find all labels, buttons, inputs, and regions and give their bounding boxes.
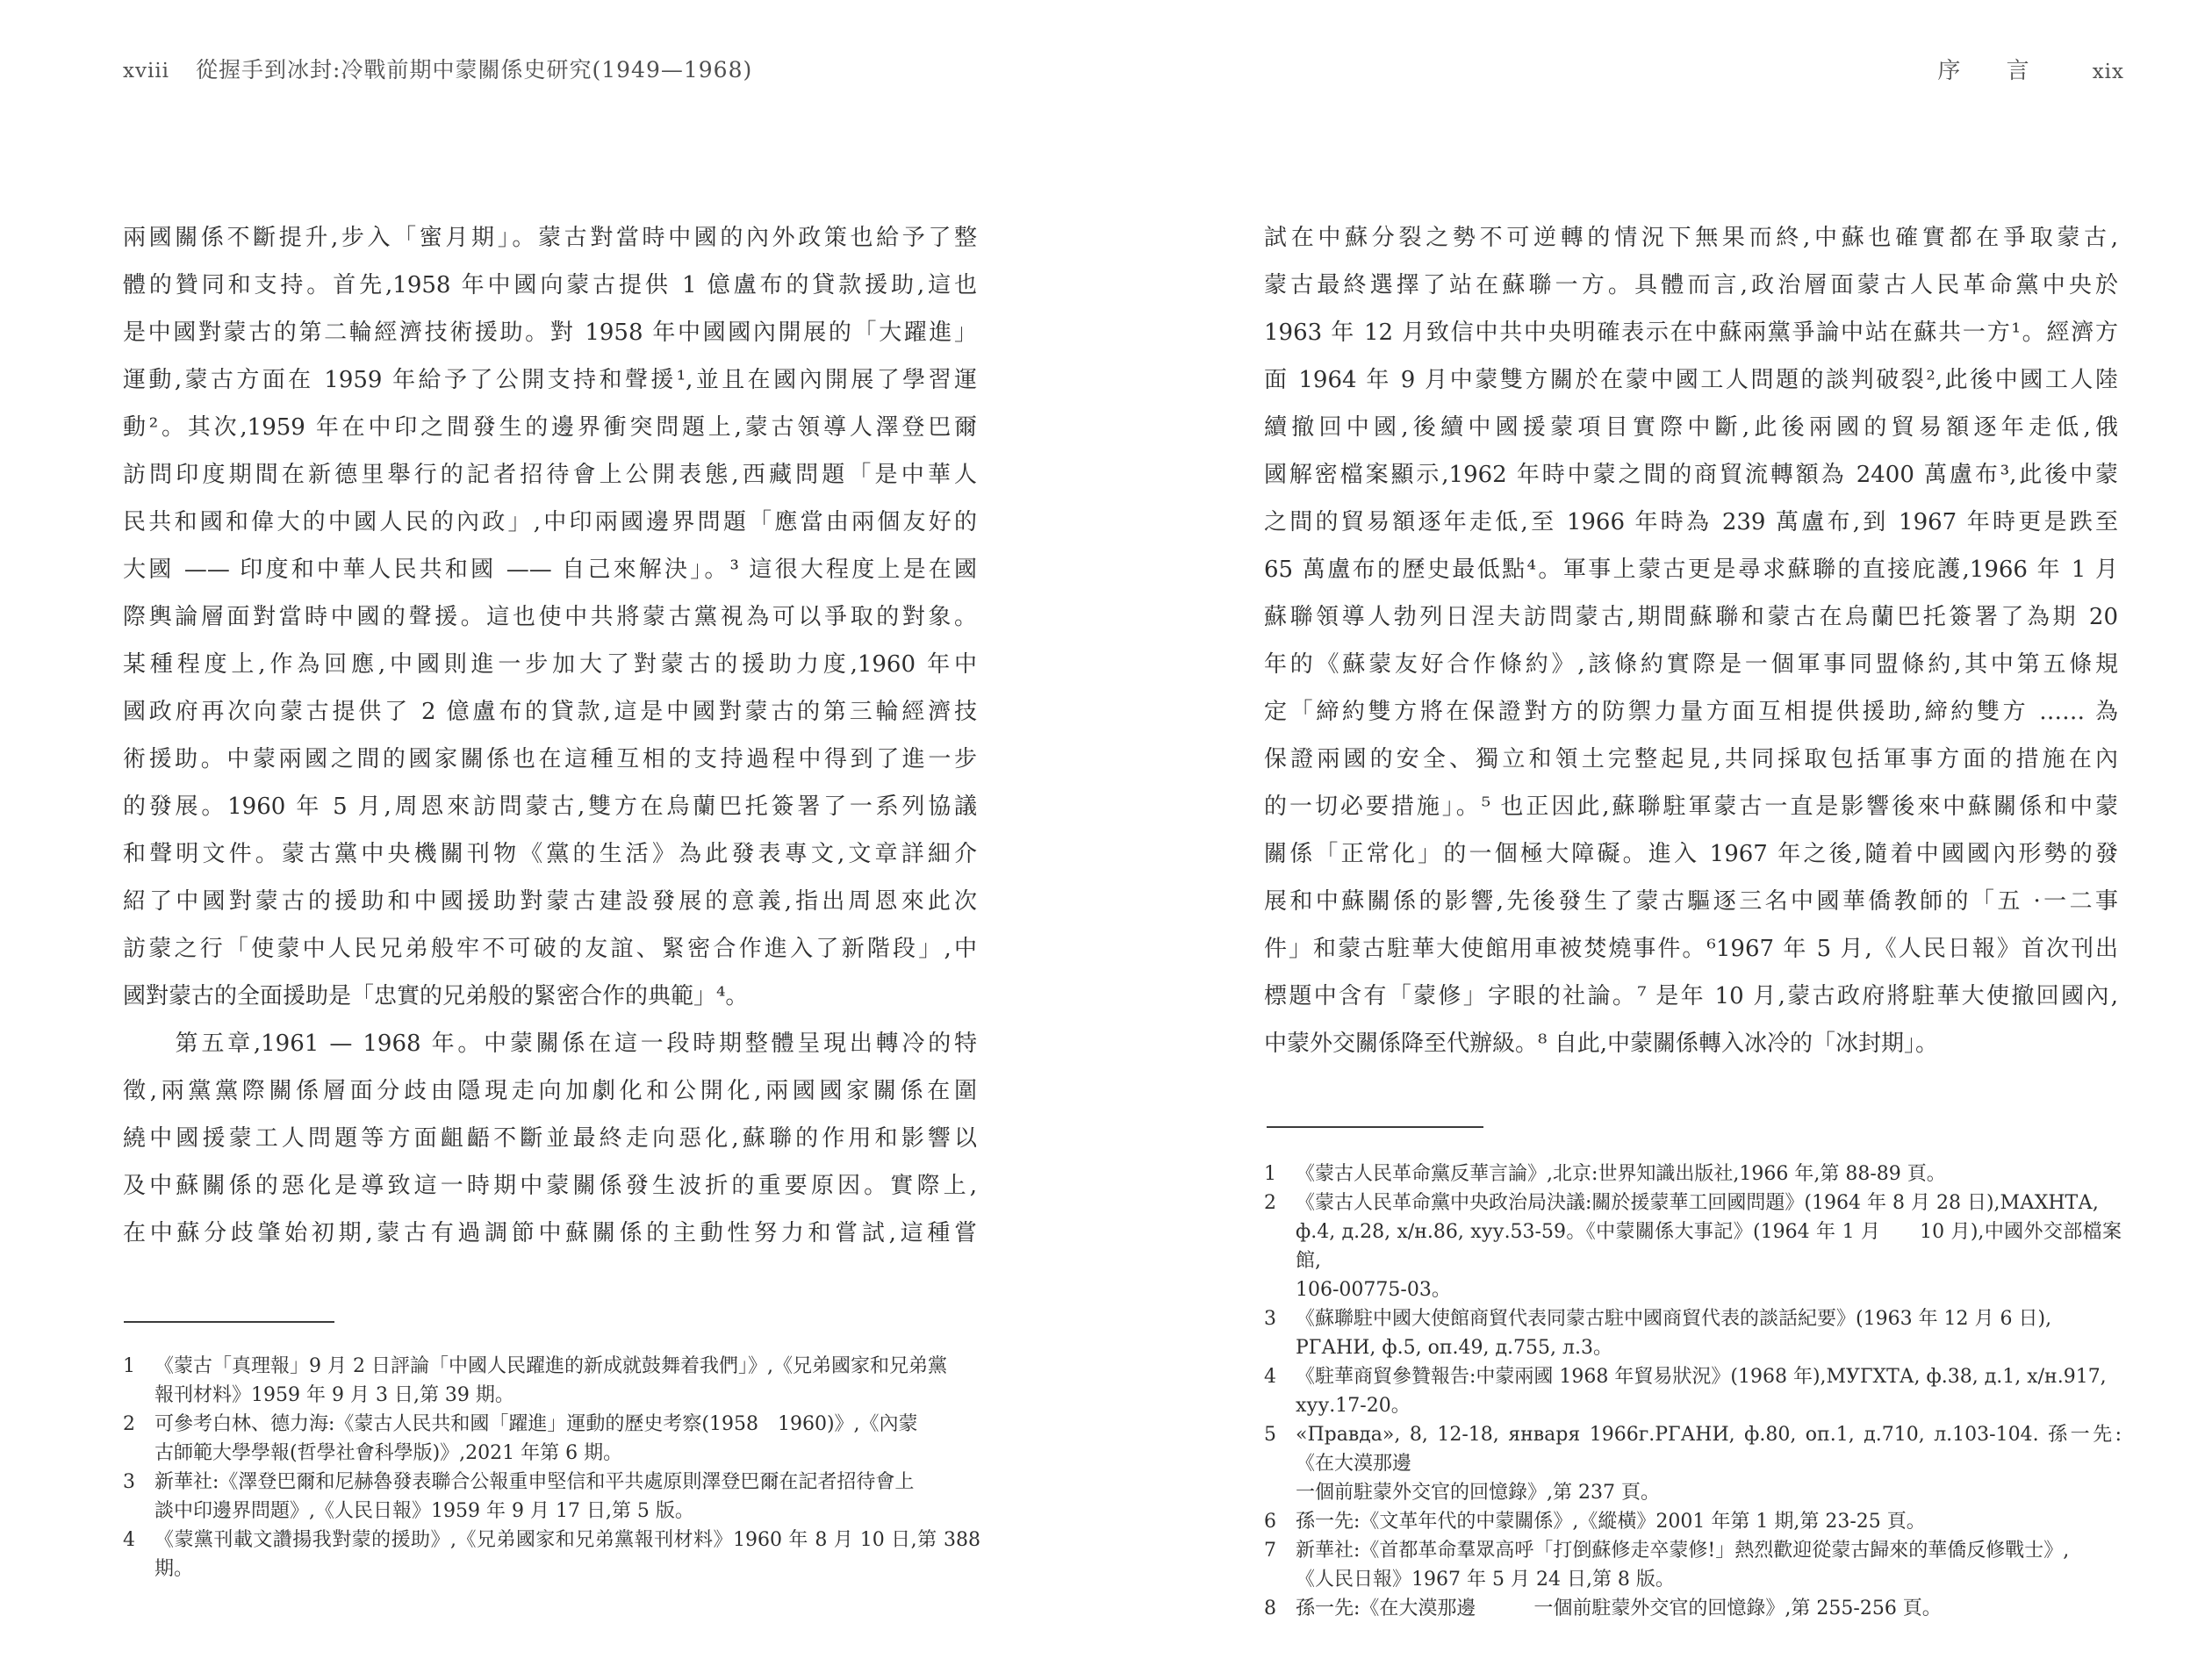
section-title: 序 言 — [1937, 53, 2048, 85]
footnote-line: 孫一先:《在大漠那邊 一個前駐蒙外交官的回憶錄》,第 255-256 頁。 — [1296, 1594, 2122, 1623]
footnote-text: 《蒙古「真理報」9 月 2 日評論「中國人民躍進的新成就鼓舞着我們」》,《兄弟國… — [154, 1352, 980, 1410]
body-line: 關係「正常化」的一個極大障礙。進入 1967 年之後,隨着中國國內形勢的發 — [1264, 830, 2118, 878]
footnote-number: 4 — [123, 1526, 154, 1584]
footnote-text: 新華社:《首都革命羣眾高呼「打倒蘇修走卒蒙修!」熱烈歡迎從蒙古歸來的華僑反修戰士… — [1296, 1536, 2122, 1594]
body-text-left: 兩國關係不斷提升,步入「蜜月期」。蒙古對當時中國的內外政策也給予了整體的贊同和支… — [123, 214, 977, 1257]
footnote: 1《蒙古「真理報」9 月 2 日評論「中國人民躍進的新成就鼓舞着我們」》,《兄弟… — [123, 1352, 980, 1410]
body-line: 運動,蒙古方面在 1959 年給予了公開支持和聲援¹,並且在國內開展了學習運 — [123, 356, 977, 404]
footnote-number: 7 — [1264, 1536, 1296, 1594]
running-header-left: xviii從握手到冰封:冷戰前期中蒙關係史研究(1949—1968) — [123, 53, 752, 84]
body-line: 際輿論層面對當時中國的聲援。這也使中共將蒙古黨視為可以爭取的對象。 — [123, 593, 977, 641]
footnote-text: 《蒙黨刊載文讚揚我對蒙的援助》,《兄弟國家和兄弟黨報刊材料》1960 年 8 月… — [154, 1526, 980, 1584]
footnote-number: 6 — [1264, 1507, 1296, 1536]
book-spread: xviii從握手到冰封:冷戰前期中蒙關係史研究(1949—1968) 序 言 x… — [0, 0, 2212, 1659]
running-header-right: 序 言 xix — [1937, 53, 2124, 85]
body-line: 徵,兩黨黨際關係層面分歧由隱現走向加劇化和公開化,兩國國家關係在圍 — [123, 1067, 977, 1115]
footnote-number: 1 — [123, 1352, 154, 1410]
footnote-line: 《蘇聯駐中國大使館商貿代表同蒙古駐中國商貿代表的談話紀要》(1963 年 12 … — [1296, 1304, 2122, 1333]
page-number-right: xix — [2093, 61, 2124, 83]
footnote-text: 《駐華商貿參贊報告:中蒙兩國 1968 年貿易狀況》(1968 年),МУГХТ… — [1296, 1362, 2122, 1420]
footnote: 4《蒙黨刊載文讚揚我對蒙的援助》,《兄弟國家和兄弟黨報刊材料》1960 年 8 … — [123, 1526, 980, 1584]
body-line: 件」和蒙古駐華大使館用車被焚燒事件。⁶1967 年 5 月,《人民日報》首次刊出 — [1264, 925, 2118, 973]
footnote-text: 可參考白林、德力海:《蒙古人民共和國「躍進」運動的歷史考察(1958 1960)… — [154, 1410, 980, 1468]
body-line: 訪蒙之行「使蒙中人民兄弟般牢不可破的友誼、緊密合作進入了新階段」,中 — [123, 925, 977, 973]
body-line: 大國 —— 印度和中華人民共和國 —— 自己來解決」。³ 這很大程度上是在國 — [123, 546, 977, 593]
footnote: 3新華社:《澤登巴爾和尼赫魯發表聯合公報重申堅信和平共處原則澤登巴爾在記者招待會… — [123, 1468, 980, 1526]
footnote-text: 孫一先:《文革年代的中蒙關係》,《縱橫》2001 年第 1 期,第 23-25 … — [1296, 1507, 2122, 1536]
footnote-line: ф.4, д.28, х/н.86, хуу.53-59。《中蒙關係大事記》(1… — [1296, 1217, 2122, 1275]
footnote: 4《駐華商貿參贊報告:中蒙兩國 1968 年貿易狀況》(1968 年),МУГХ… — [1264, 1362, 2122, 1420]
body-line: 保證兩國的安全、獨立和領土完整起見,共同採取包括軍事方面的措施在內 — [1264, 736, 2118, 783]
body-line: 蒙古最終選擇了站在蘇聯一方。具體而言,政治層面蒙古人民革命黨中央於 — [1264, 262, 2118, 309]
footnotes-left: 1《蒙古「真理報」9 月 2 日評論「中國人民躍進的新成就鼓舞着我們」》,《兄弟… — [123, 1352, 980, 1584]
footnote-line: хуу.17-20。 — [1296, 1391, 2122, 1420]
footnote-number: 4 — [1264, 1362, 1296, 1420]
body-line: 術援助。中蒙兩國之間的國家關係也在這種互相的支持過程中得到了進一步 — [123, 736, 977, 783]
body-line: 的發展。1960 年 5 月,周恩來訪問蒙古,雙方在烏蘭巴托簽署了一系列協議 — [123, 783, 977, 830]
running-title: 從握手到冰封:冷戰前期中蒙關係史研究(1949—1968) — [196, 57, 752, 83]
footnote-number: 1 — [1264, 1160, 1296, 1189]
footnote-line: «Правда», 8, 12-18, января 1966г.РГАНИ, … — [1296, 1420, 2122, 1478]
footnote-line: 孫一先:《文革年代的中蒙關係》,《縱橫》2001 年第 1 期,第 23-25 … — [1296, 1507, 2122, 1536]
body-line: 紹了中國對蒙古的援助和中國援助對蒙古建設發展的意義,指出周恩來此次 — [123, 878, 977, 925]
body-line: 中蒙外交關係降至代辦級。⁸ 自此,中蒙關係轉入冰冷的「冰封期」。 — [1264, 1020, 2118, 1067]
body-line: 蘇聯領導人勃列日涅夫訪問蒙古,期間蘇聯和蒙古在烏蘭巴托簽署了為期 20 — [1264, 593, 2118, 641]
footnote: 6孫一先:《文革年代的中蒙關係》,《縱橫》2001 年第 1 期,第 23-25… — [1264, 1507, 2122, 1536]
body-line: 第五章,1961 — 1968 年。中蒙關係在這一段時期整體呈現出轉冷的特 — [123, 1020, 977, 1067]
footnote-line: 《人民日報》1967 年 5 月 24 日,第 8 版。 — [1296, 1565, 2122, 1594]
body-line: 繞中國援蒙工人問題等方面齟齬不斷並最終走向惡化,蘇聯的作用和影響以 — [123, 1115, 977, 1162]
footnote-number: 3 — [123, 1468, 154, 1526]
footnote-line: 談中印邊界問題》,《人民日報》1959 年 9 月 17 日,第 5 版。 — [154, 1497, 980, 1526]
body-line: 體的贊同和支持。首先,1958 年中國向蒙古提供 1 億盧布的貸款援助,這也 — [123, 262, 977, 309]
body-line: 和聲明文件。蒙古黨中央機關刊物《黨的生活》為此發表專文,文章詳細介 — [123, 830, 977, 878]
footnote-rule-left — [124, 1321, 334, 1323]
footnote-text: 《蒙古人民革命黨反華言論》,北京:世界知識出版社,1966 年,第 88-89 … — [1296, 1160, 2122, 1189]
body-line: 年的《蘇蒙友好合作條約》,該條約實際是一個軍事同盟條約,其中第五條規 — [1264, 641, 2118, 688]
footnote-text: 孫一先:《在大漠那邊 一個前駐蒙外交官的回憶錄》,第 255-256 頁。 — [1296, 1594, 2122, 1623]
footnote-line: 一個前駐蒙外交官的回憶錄》,第 237 頁。 — [1296, 1478, 2122, 1507]
footnote-line: 新華社:《首都革命羣眾高呼「打倒蘇修走卒蒙修!」熱烈歡迎從蒙古歸來的華僑反修戰士… — [1296, 1536, 2122, 1565]
body-line: 1963 年 12 月致信中共中央明確表示在中蘇兩黨爭論中站在蘇共一方¹。經濟方 — [1264, 309, 2118, 356]
footnote: 1《蒙古人民革命黨反華言論》,北京:世界知識出版社,1966 年,第 88-89… — [1264, 1160, 2122, 1189]
footnote-number: 2 — [1264, 1189, 1296, 1304]
footnote-number: 3 — [1264, 1304, 1296, 1362]
footnote-line: 106-00775-03。 — [1296, 1275, 2122, 1304]
body-line: 續撤回中國,後續中國援蒙項目實際中斷,此後兩國的貿易額逐年走低,俄 — [1264, 404, 2118, 451]
footnote-line: 古師範大學學報(哲學社會科學版)》,2021 年第 6 期。 — [154, 1439, 980, 1468]
footnote-number: 2 — [123, 1410, 154, 1468]
footnote-line: 《蒙黨刊載文讚揚我對蒙的援助》,《兄弟國家和兄弟黨報刊材料》1960 年 8 月… — [154, 1526, 980, 1584]
footnote-line: 新華社:《澤登巴爾和尼赫魯發表聯合公報重申堅信和平共處原則澤登巴爾在記者招待會上 — [154, 1468, 980, 1497]
body-line: 在中蘇分歧肇始初期,蒙古有過調節中蘇關係的主動性努力和嘗試,這種嘗 — [123, 1210, 977, 1257]
footnote: 3《蘇聯駐中國大使館商貿代表同蒙古駐中國商貿代表的談話紀要》(1963 年 12… — [1264, 1304, 2122, 1362]
footnote-text: 《蒙古人民革命黨中央政治局決議:關於援蒙華工回國問題》(1964 年 8 月 2… — [1296, 1189, 2122, 1304]
footnote: 2《蒙古人民革命黨中央政治局決議:關於援蒙華工回國問題》(1964 年 8 月 … — [1264, 1189, 2122, 1304]
body-line: 65 萬盧布的歷史最低點⁴。軍事上蒙古更是尋求蘇聯的直接庇護,1966 年 1 … — [1264, 546, 2118, 593]
body-line: 動²。其次,1959 年在中印之間發生的邊界衝突問題上,蒙古領導人澤登巴爾 — [123, 404, 977, 451]
footnote-line: 可參考白林、德力海:《蒙古人民共和國「躍進」運動的歷史考察(1958 1960)… — [154, 1410, 980, 1439]
body-line: 試在中蘇分裂之勢不可逆轉的情況下無果而終,中蘇也確實都在爭取蒙古, — [1264, 214, 2118, 262]
footnote: 5«Правда», 8, 12-18, января 1966г.РГАНИ,… — [1264, 1420, 2122, 1507]
footnote-line: 《蒙古人民革命黨反華言論》,北京:世界知識出版社,1966 年,第 88-89 … — [1296, 1160, 2122, 1189]
body-line: 標題中含有「蒙修」字眼的社論。⁷ 是年 10 月,蒙古政府將駐華大使撤回國內, — [1264, 973, 2118, 1020]
footnote-number: 5 — [1264, 1420, 1296, 1507]
footnote: 7新華社:《首都革命羣眾高呼「打倒蘇修走卒蒙修!」熱烈歡迎從蒙古歸來的華僑反修戰… — [1264, 1536, 2122, 1594]
footnote-line: 《蒙古「真理報」9 月 2 日評論「中國人民躍進的新成就鼓舞着我們」》,《兄弟國… — [154, 1352, 980, 1381]
body-line: 面 1964 年 9 月中蒙雙方關於在蒙中國工人問題的談判破裂²,此後中國工人陸 — [1264, 356, 2118, 404]
footnote: 8孫一先:《在大漠那邊 一個前駐蒙外交官的回憶錄》,第 255-256 頁。 — [1264, 1594, 2122, 1623]
footnote-text: 新華社:《澤登巴爾和尼赫魯發表聯合公報重申堅信和平共處原則澤登巴爾在記者招待會上… — [154, 1468, 980, 1526]
footnote-line: РГАНИ, ф.5, оп.49, д.755, л.3。 — [1296, 1333, 2122, 1362]
footnote-rule-right — [1267, 1126, 1483, 1128]
body-line: 及中蘇關係的惡化是導致這一時期中蒙關係發生波折的重要原因。實際上, — [123, 1162, 977, 1210]
body-line: 定「締約雙方將在保證對方的防禦力量方面互相提供援助,締約雙方 …… 為 — [1264, 688, 2118, 736]
footnote: 2可參考白林、德力海:《蒙古人民共和國「躍進」運動的歷史考察(1958 1960… — [123, 1410, 980, 1468]
body-line: 國對蒙古的全面援助是「忠實的兄弟般的緊密合作的典範」⁴。 — [123, 973, 977, 1020]
body-line: 某種程度上,作為回應,中國則進一步加大了對蒙古的援助力度,1960 年中 — [123, 641, 977, 688]
body-line: 之間的貿易額逐年走低,至 1966 年時為 239 萬盧布,到 1967 年時更… — [1264, 499, 2118, 546]
body-line: 兩國關係不斷提升,步入「蜜月期」。蒙古對當時中國的內外政策也給予了整 — [123, 214, 977, 262]
footnote-line: 《蒙古人民革命黨中央政治局決議:關於援蒙華工回國問題》(1964 年 8 月 2… — [1296, 1189, 2122, 1217]
body-line: 是中國對蒙古的第二輪經濟技術援助。對 1958 年中國國內開展的「大躍進」 — [123, 309, 977, 356]
footnote-line: 《駐華商貿參贊報告:中蒙兩國 1968 年貿易狀況》(1968 年),МУГХТ… — [1296, 1362, 2122, 1391]
body-line: 的一切必要措施」。⁵ 也正因此,蘇聯駐軍蒙古一直是影響後來中蘇關係和中蒙 — [1264, 783, 2118, 830]
footnote-line: 報刊材料》1959 年 9 月 3 日,第 39 期。 — [154, 1381, 980, 1410]
body-line: 民共和國和偉大的中國人民的內政」,中印兩國邊界問題「應當由兩個友好的 — [123, 499, 977, 546]
body-line: 國政府再次向蒙古提供了 2 億盧布的貸款,這是中國對蒙古的第三輪經濟技 — [123, 688, 977, 736]
footnote-number: 8 — [1264, 1594, 1296, 1623]
body-text-right: 試在中蘇分裂之勢不可逆轉的情況下無果而終,中蘇也確實都在爭取蒙古,蒙古最終選擇了… — [1264, 214, 2118, 1067]
footnotes-right: 1《蒙古人民革命黨反華言論》,北京:世界知識出版社,1966 年,第 88-89… — [1264, 1160, 2122, 1623]
footnote-text: «Правда», 8, 12-18, января 1966г.РГАНИ, … — [1296, 1420, 2122, 1507]
body-line: 展和中蘇關係的影響,先後發生了蒙古驅逐三名中國華僑教師的「五 ·一二事 — [1264, 878, 2118, 925]
body-line: 訪問印度期間在新德里舉行的記者招待會上公開表態,西藏問題「是中華人 — [123, 451, 977, 499]
body-line: 國解密檔案顯示,1962 年時中蒙之間的商貿流轉額為 2400 萬盧布³,此後中… — [1264, 451, 2118, 499]
footnote-text: 《蘇聯駐中國大使館商貿代表同蒙古駐中國商貿代表的談話紀要》(1963 年 12 … — [1296, 1304, 2122, 1362]
page-number-left: xviii — [123, 60, 169, 83]
